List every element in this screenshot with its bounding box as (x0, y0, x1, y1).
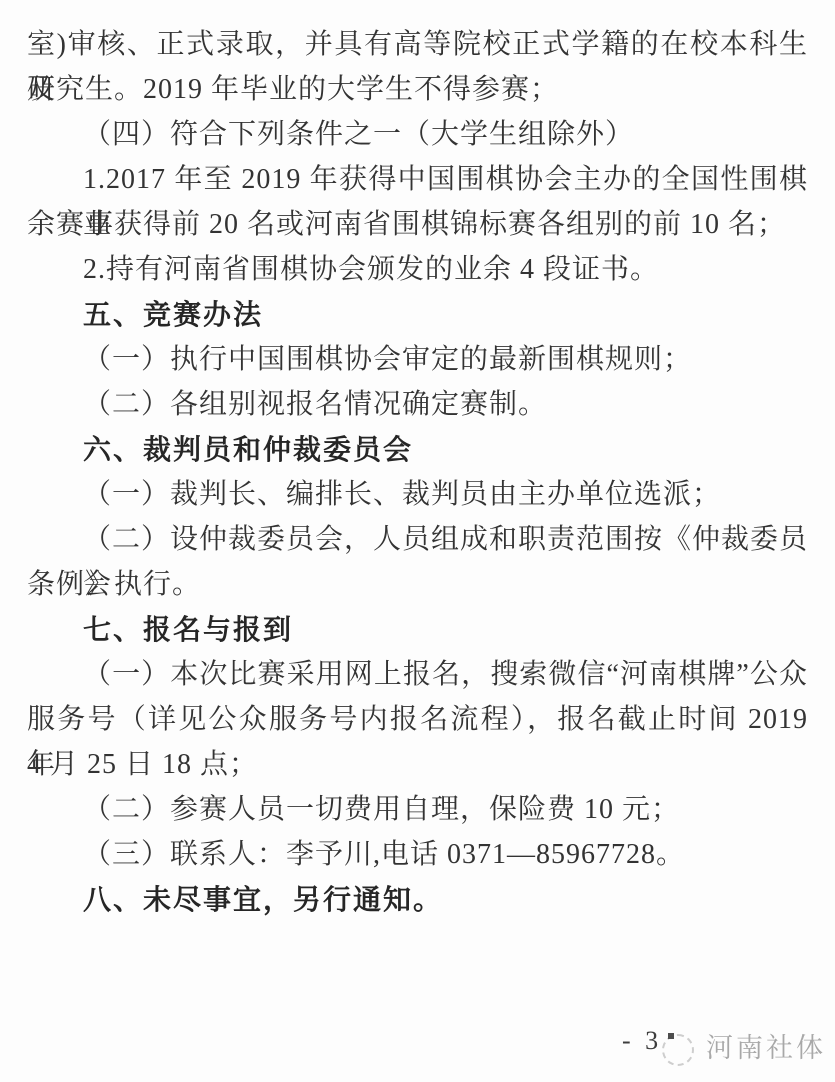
page-number: - 3 (622, 1026, 662, 1056)
text-line: 服务号（详见公众服务号内报名流程），报名截止时间 2019 年 (27, 697, 808, 742)
text-line: 条例》执行。 (27, 562, 808, 607)
text-line: 研究生。2019 年毕业的大学生不得参赛； (27, 67, 808, 112)
page-footer: - 3 河南社体 (622, 1018, 822, 1078)
text-line: （三）联系人：李予川,电话 0371—85967728。 (27, 832, 808, 877)
text-line: （一）本次比赛采用网上报名，搜索微信“河南棋牌”公众 (27, 652, 808, 697)
text-line: （二）设仲裁委员会，人员组成和职责范围按《仲裁委员会 (27, 517, 808, 562)
section-heading: 八、未尽事宜，另行通知。 (27, 877, 808, 922)
text-line: （四）符合下列条件之一（大学生组除外） (27, 112, 808, 157)
text-line: 2.持有河南省围棋协会颁发的业余 4 段证书。 (27, 247, 808, 292)
text-line: 余赛事获得前 20 名或河南省围棋锦标赛各组别的前 10 名； (27, 202, 808, 247)
document-body: 室)审核、正式录取，并具有高等院校正式学籍的在校本科生及 研究生。2019 年毕… (27, 22, 808, 922)
section-heading: 六、裁判员和仲裁委员会 (27, 427, 808, 472)
watermark-seal-icon (662, 1034, 694, 1066)
text-line: （一）裁判长、编排长、裁判员由主办单位选派； (27, 472, 808, 517)
text-line: 室)审核、正式录取，并具有高等院校正式学籍的在校本科生及 (27, 22, 808, 67)
section-heading: 七、报名与报到 (27, 607, 808, 652)
section-heading: 五、竞赛办法 (27, 292, 808, 337)
document-page: 室)审核、正式录取，并具有高等院校正式学籍的在校本科生及 研究生。2019 年毕… (0, 0, 835, 1082)
text-line: 4 月 25 日 18 点； (27, 742, 808, 787)
text-line: 1.2017 年至 2019 年获得中国围棋协会主办的全国性围棋业 (27, 157, 808, 202)
watermark-seal-dot (668, 1033, 674, 1039)
text-line: （一）执行中国围棋协会审定的最新围棋规则； (27, 337, 808, 382)
text-line: （二）各组别视报名情况确定赛制。 (27, 382, 808, 427)
watermark-text: 河南社体 (706, 1032, 826, 1064)
text-line: （二）参赛人员一切费用自理，保险费 10 元； (27, 787, 808, 832)
